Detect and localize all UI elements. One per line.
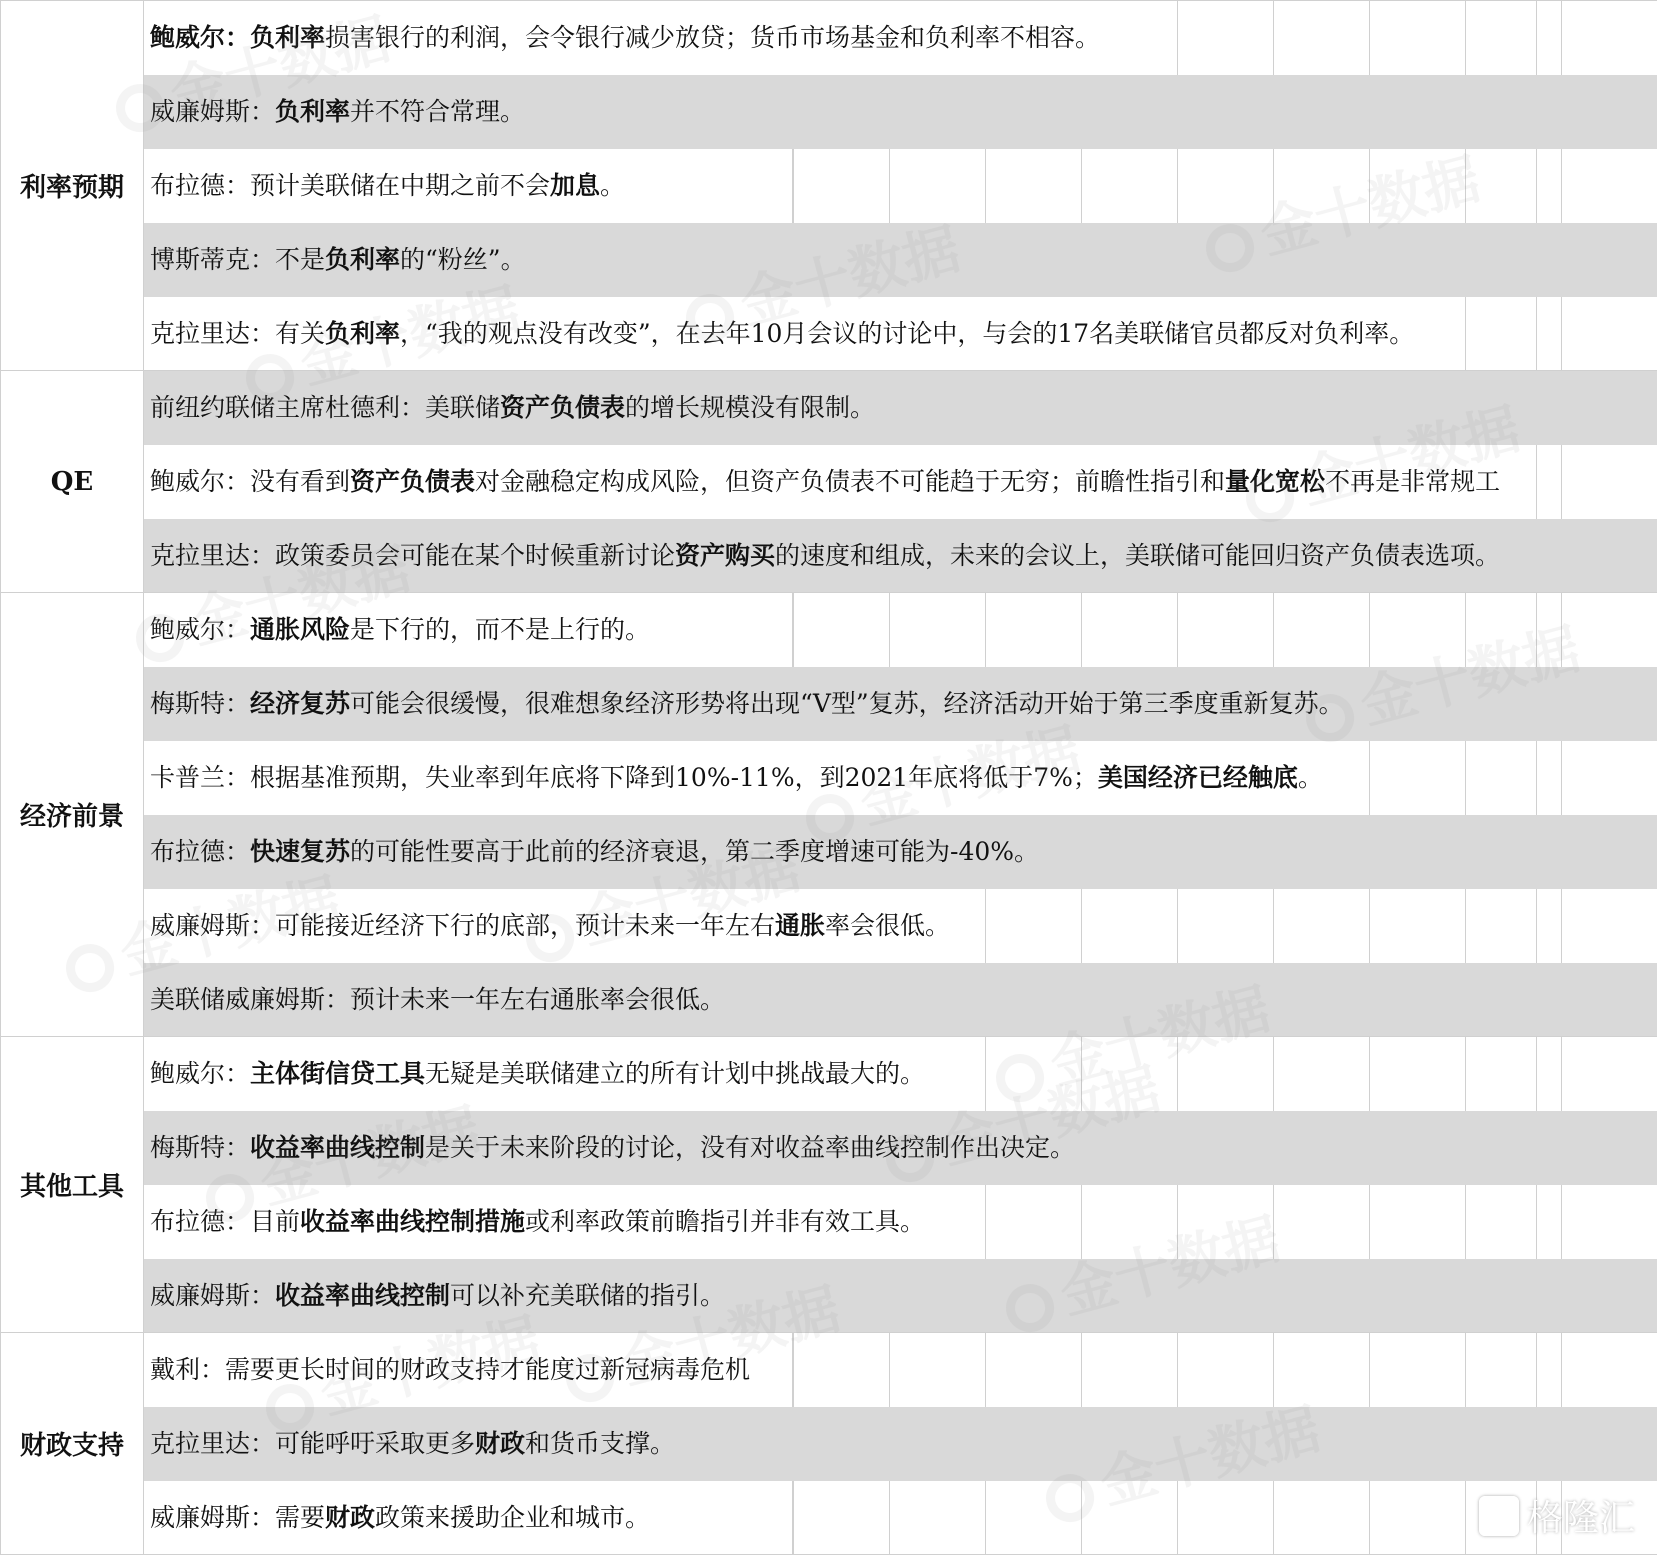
text-segment: 戴利：需要更长时间的财政支持才能度过新冠病毒危机 bbox=[150, 1355, 750, 1384]
grid-line bbox=[889, 149, 890, 223]
text-segment: 鲍威尔：没有看到 bbox=[150, 467, 350, 496]
group-0: 利率预期鲍威尔：负利率损害银行的利润，会令银行减少放贷；货币市场基金和负利率不相… bbox=[1, 1, 1657, 371]
grid-line bbox=[1273, 149, 1274, 223]
text-segment: 政策来援助企业和城市。 bbox=[375, 1503, 650, 1532]
table-row: 克拉里达：可能呼吁采取更多财政和货币支撑。 bbox=[144, 1407, 1657, 1481]
grid-line bbox=[1369, 1333, 1370, 1407]
grid-line bbox=[1177, 1333, 1178, 1407]
row-text: 鲍威尔：通胀风险是下行的，而不是上行的。 bbox=[150, 593, 654, 667]
grid-line bbox=[1561, 741, 1562, 815]
text-segment: 梅斯特： bbox=[150, 1133, 250, 1162]
text-segment: 。 bbox=[600, 171, 625, 200]
table-row: 布拉德：目前收益率曲线控制措施或利率政策前瞻指引并非有效工具。 bbox=[144, 1185, 1657, 1259]
grid-line bbox=[1465, 1333, 1466, 1407]
row-text: 克拉里达：政策委员会可能在某个时候重新讨论资产购买的速度和组成，未来的会议上，美… bbox=[150, 519, 1504, 593]
row-text: 鲍威尔：主体街信贷工具无疑是美联储建立的所有计划中挑战最大的。 bbox=[150, 1037, 929, 1111]
text-segment: 并不符合常理。 bbox=[350, 97, 525, 126]
row-text: 布拉德：目前收益率曲线控制措施或利率政策前瞻指引并非有效工具。 bbox=[150, 1185, 929, 1259]
grid-line bbox=[1273, 1037, 1274, 1111]
grid-line bbox=[1273, 593, 1274, 667]
grid-line bbox=[793, 1333, 794, 1407]
grid-line bbox=[1561, 1, 1562, 75]
table-row: 梅斯特：收益率曲线控制是关于未来阶段的讨论，没有对收益率曲线控制作出决定。 bbox=[144, 1111, 1657, 1185]
text-segment: 卡普兰：根据基准预期，失业率到年底将下降到10%-11%，到2021年底将低于7… bbox=[150, 763, 1098, 792]
table-row: 博斯蒂克：不是负利率的“粉丝”。 bbox=[144, 223, 1657, 297]
grid-line bbox=[1081, 593, 1082, 667]
text-segment: 的速度和组成，未来的会议上，美联储可能回归资产负债表选项。 bbox=[775, 541, 1500, 570]
grid-line bbox=[1081, 149, 1082, 223]
table-row: 威廉姆斯：可能接近经济下行的底部，预计未来一年左右通胀率会很低。 bbox=[144, 889, 1657, 963]
text-segment: 或利率政策前瞻指引并非有效工具。 bbox=[525, 1207, 925, 1236]
grid-line bbox=[1273, 1481, 1274, 1554]
bold-keyword: 收益率曲线控制措施 bbox=[300, 1207, 525, 1236]
grid-line bbox=[1465, 1185, 1466, 1259]
table-row: 美联储威廉姆斯：预计未来一年左右通胀率会很低。 bbox=[144, 963, 1657, 1037]
row-text: 威廉姆斯：需要财政政策来援助企业和城市。 bbox=[150, 1481, 654, 1555]
row-text: 威廉姆斯：收益率曲线控制可以补充美联储的指引。 bbox=[150, 1259, 729, 1333]
group-4: 财政支持戴利：需要更长时间的财政支持才能度过新冠病毒危机克拉里达：可能呼吁采取更… bbox=[1, 1333, 1657, 1555]
table-row: 鲍威尔：通胀风险是下行的，而不是上行的。 bbox=[144, 593, 1657, 667]
grid-line bbox=[1561, 445, 1562, 519]
grid-line bbox=[1369, 1, 1370, 75]
row-text: 布拉德：快速复苏的可能性要高于此前的经济衰退，第二季度增速可能为-40%。 bbox=[150, 815, 1043, 889]
text-segment: 损害银行的利润，会令银行减少放贷；货币市场基金和负利率不相容。 bbox=[325, 23, 1100, 52]
table-row: 威廉姆斯：收益率曲线控制可以补充美联储的指引。 bbox=[144, 1259, 1657, 1333]
bold-keyword: 加息 bbox=[550, 171, 600, 200]
table-row: 鲍威尔：主体街信贷工具无疑是美联储建立的所有计划中挑战最大的。 bbox=[144, 1037, 1657, 1111]
grid-line bbox=[1465, 593, 1466, 667]
grid-line bbox=[889, 1333, 890, 1407]
text-segment: 布拉德： bbox=[150, 837, 250, 866]
row-text: 鲍威尔：负利率损害银行的利润，会令银行减少放贷；货币市场基金和负利率不相容。 bbox=[150, 1, 1104, 75]
grid-line bbox=[1465, 741, 1466, 815]
bold-keyword: 资产负债表 bbox=[350, 467, 475, 496]
grid-line bbox=[1561, 149, 1562, 223]
grid-line bbox=[1561, 1037, 1562, 1111]
grid-line bbox=[1081, 1185, 1082, 1259]
grid-line bbox=[1273, 1, 1274, 75]
text-segment: 的增长规模没有限制。 bbox=[625, 393, 875, 422]
grid-line bbox=[1465, 889, 1466, 963]
text-segment: 鲍威尔： bbox=[150, 1059, 250, 1088]
group-label: 其他工具 bbox=[1, 1037, 144, 1333]
grid-line bbox=[1369, 1481, 1370, 1554]
text-segment: 对金融稳定构成风险，但资产负债表不可能趋于无穷；前瞻性指引和 bbox=[475, 467, 1225, 496]
text-segment: 克拉里达：政策委员会可能在某个时候重新讨论 bbox=[150, 541, 675, 570]
text-segment: 克拉里达：有关 bbox=[150, 319, 325, 348]
bold-keyword: 主体街信贷工具 bbox=[250, 1059, 425, 1088]
grid-line bbox=[985, 1037, 986, 1111]
grid-line bbox=[1177, 1, 1178, 75]
grid-line bbox=[1177, 1037, 1178, 1111]
text-segment: 和货币支撑。 bbox=[525, 1429, 675, 1458]
table-row: 梅斯特：经济复苏可能会很缓慢，很难想象经济形势将出现“V型”复苏，经济活动开始于… bbox=[144, 667, 1657, 741]
group-label: 经济前景 bbox=[1, 593, 144, 1037]
grid-line bbox=[1369, 149, 1370, 223]
bold-keyword: 美国经济已经触底 bbox=[1098, 763, 1298, 792]
bold-keyword: 负利率 bbox=[325, 245, 400, 274]
grid-line bbox=[1369, 593, 1370, 667]
text-segment: 布拉德：目前 bbox=[150, 1207, 300, 1236]
grid-line bbox=[1273, 889, 1274, 963]
grid-line bbox=[1561, 593, 1562, 667]
text-segment: 鲍威尔： bbox=[150, 615, 250, 644]
bold-keyword: 经济复苏 bbox=[250, 689, 350, 718]
grid-line bbox=[1465, 297, 1466, 370]
grid-line bbox=[889, 1481, 890, 1554]
row-text: 卡普兰：根据基准预期，失业率到年底将下降到10%-11%，到2021年底将低于7… bbox=[150, 741, 1327, 815]
grid-line bbox=[985, 593, 986, 667]
group-label: 利率预期 bbox=[1, 1, 144, 371]
grid-line bbox=[793, 149, 794, 223]
grid-line bbox=[985, 149, 986, 223]
table-row: 前纽约联储主席杜德利：美联储资产负债表的增长规模没有限制。 bbox=[144, 371, 1657, 445]
text-segment: 前纽约联储主席杜德利：美联储 bbox=[150, 393, 500, 422]
grid-line bbox=[985, 1481, 986, 1554]
grid-line bbox=[1273, 1333, 1274, 1407]
grid-line bbox=[1561, 297, 1562, 370]
grid-line bbox=[1561, 1185, 1562, 1259]
grid-line bbox=[1465, 1037, 1466, 1111]
row-text: 克拉里达：可能呼吁采取更多财政和货币支撑。 bbox=[150, 1407, 679, 1481]
grid-line bbox=[1177, 889, 1178, 963]
grid-line bbox=[1561, 1333, 1562, 1407]
table-row: 克拉里达：有关负利率，“我的观点没有改变”，在去年10月会议的讨论中，与会的17… bbox=[144, 297, 1657, 371]
text-segment: 是下行的，而不是上行的。 bbox=[350, 615, 650, 644]
text-segment: 美联储威廉姆斯：预计未来一年左右通胀率会很低。 bbox=[150, 985, 725, 1014]
bold-keyword: 资产购买 bbox=[675, 541, 775, 570]
table-row: 布拉德：快速复苏的可能性要高于此前的经济衰退，第二季度增速可能为-40%。 bbox=[144, 815, 1657, 889]
grid-line bbox=[985, 1185, 986, 1259]
row-text: 梅斯特：经济复苏可能会很缓慢，很难想象经济形势将出现“V型”复苏，经济活动开始于… bbox=[150, 667, 1348, 741]
text-segment: 可以补充美联储的指引。 bbox=[450, 1281, 725, 1310]
bold-keyword: 财政 bbox=[325, 1503, 375, 1532]
text-segment: 克拉里达：可能呼吁采取更多 bbox=[150, 1429, 475, 1458]
grid-line bbox=[889, 593, 890, 667]
text-segment: 布拉德：预计美联储在中期之前不会 bbox=[150, 171, 550, 200]
table-row: 鲍威尔：没有看到资产负债表对金融稳定构成风险，但资产负债表不可能趋于无穷；前瞻性… bbox=[144, 445, 1657, 519]
text-segment: 威廉姆斯：可能接近经济下行的底部，预计未来一年左右 bbox=[150, 911, 775, 940]
bold-keyword: 快速复苏 bbox=[250, 837, 350, 866]
bold-keyword: 负利率 bbox=[275, 97, 350, 126]
grid-line bbox=[1369, 741, 1370, 815]
row-text: 博斯蒂克：不是负利率的“粉丝”。 bbox=[150, 223, 530, 297]
grid-line bbox=[1465, 149, 1466, 223]
grid-line bbox=[1369, 1185, 1370, 1259]
text-segment: 可能会很缓慢，很难想象经济形势将出现“V型”复苏，经济活动开始于第三季度重新复苏… bbox=[350, 689, 1344, 718]
bold-keyword: 收益率曲线控制 bbox=[250, 1133, 425, 1162]
row-text: 威廉姆斯：可能接近经济下行的底部，预计未来一年左右通胀率会很低。 bbox=[150, 889, 954, 963]
grid-line bbox=[1465, 1481, 1466, 1554]
grid-line bbox=[1177, 1481, 1178, 1554]
corner-logo: 格隆汇 bbox=[1479, 1490, 1635, 1541]
group-label: QE bbox=[1, 371, 144, 593]
bold-keyword: 通胀 bbox=[775, 911, 825, 940]
grid-line bbox=[1081, 889, 1082, 963]
grid-line bbox=[1081, 1481, 1082, 1554]
grid-line bbox=[1369, 1037, 1370, 1111]
table-row: 威廉姆斯：负利率并不符合常理。 bbox=[144, 75, 1657, 149]
grid-line bbox=[793, 1481, 794, 1554]
bold-keyword: 通胀风险 bbox=[250, 615, 350, 644]
row-text: 布拉德：预计美联储在中期之前不会加息。 bbox=[150, 149, 629, 223]
text-segment: 威廉姆斯： bbox=[150, 97, 275, 126]
row-text: 前纽约联储主席杜德利：美联储资产负债表的增长规模没有限制。 bbox=[150, 371, 879, 445]
group-3: 其他工具鲍威尔：主体街信贷工具无疑是美联储建立的所有计划中挑战最大的。梅斯特：收… bbox=[1, 1037, 1657, 1333]
group-2: 经济前景鲍威尔：通胀风险是下行的，而不是上行的。梅斯特：经济复苏可能会很缓慢，很… bbox=[1, 593, 1657, 1037]
grid-line bbox=[1081, 1037, 1082, 1111]
grid-line bbox=[1177, 593, 1178, 667]
bold-keyword: 收益率曲线控制 bbox=[275, 1281, 450, 1310]
text-segment: ，“我的观点没有改变”，在去年10月会议的讨论中，与会的17名美联储官员都反对负… bbox=[400, 319, 1414, 348]
grid-line bbox=[1273, 1185, 1274, 1259]
row-text: 梅斯特：收益率曲线控制是关于未来阶段的讨论，没有对收益率曲线控制作出决定。 bbox=[150, 1111, 1079, 1185]
grid-line bbox=[1177, 149, 1178, 223]
table-row: 戴利：需要更长时间的财政支持才能度过新冠病毒危机 bbox=[144, 1333, 1657, 1407]
row-text: 戴利：需要更长时间的财政支持才能度过新冠病毒危机 bbox=[150, 1333, 754, 1407]
table-row: 卡普兰：根据基准预期，失业率到年底将下降到10%-11%，到2021年底将低于7… bbox=[144, 741, 1657, 815]
grid-line bbox=[793, 593, 794, 667]
grid-line bbox=[1177, 1185, 1178, 1259]
grid-line bbox=[1561, 889, 1562, 963]
table-row: 克拉里达：政策委员会可能在某个时候重新讨论资产购买的速度和组成，未来的会议上，美… bbox=[144, 519, 1657, 593]
text-segment: 率会很低。 bbox=[825, 911, 950, 940]
text-segment: 博斯蒂克：不是 bbox=[150, 245, 325, 274]
bold-keyword: 负利率 bbox=[325, 319, 400, 348]
group-1: QE前纽约联储主席杜德利：美联储资产负债表的增长规模没有限制。鲍威尔：没有看到资… bbox=[1, 371, 1657, 593]
row-text: 美联储威廉姆斯：预计未来一年左右通胀率会很低。 bbox=[150, 963, 729, 1037]
text-segment: 是关于未来阶段的讨论，没有对收益率曲线控制作出决定。 bbox=[425, 1133, 1075, 1162]
table-row: 威廉姆斯：需要财政政策来援助企业和城市。 bbox=[144, 1481, 1657, 1555]
grid-line bbox=[985, 1333, 986, 1407]
row-text: 鲍威尔：没有看到资产负债表对金融稳定构成风险，但资产负债表不可能趋于无穷；前瞻性… bbox=[150, 445, 1504, 519]
grid-line bbox=[985, 889, 986, 963]
row-text: 克拉里达：有关负利率，“我的观点没有改变”，在去年10月会议的讨论中，与会的17… bbox=[150, 297, 1418, 371]
grid-line bbox=[1465, 1, 1466, 75]
text-segment: 。 bbox=[1298, 763, 1323, 792]
text-segment: 梅斯特： bbox=[150, 689, 250, 718]
bold-keyword: 财政 bbox=[475, 1429, 525, 1458]
table-row: 布拉德：预计美联储在中期之前不会加息。 bbox=[144, 149, 1657, 223]
bold-keyword: 资产负债表 bbox=[500, 393, 625, 422]
row-text: 威廉姆斯：负利率并不符合常理。 bbox=[150, 75, 529, 149]
text-segment: 不再是非常规工 bbox=[1325, 467, 1500, 496]
corner-logo-text: 格隆汇 bbox=[1527, 1490, 1635, 1541]
gelonghui-logo-icon bbox=[1479, 1496, 1519, 1536]
fed-views-table: 利率预期鲍威尔：负利率损害银行的利润，会令银行减少放贷；货币市场基金和负利率不相… bbox=[0, 0, 1657, 1555]
table-row: 鲍威尔：负利率损害银行的利润，会令银行减少放贷；货币市场基金和负利率不相容。 bbox=[144, 1, 1657, 75]
grid-line bbox=[1369, 889, 1370, 963]
text-segment: 威廉姆斯：需要 bbox=[150, 1503, 325, 1532]
group-label: 财政支持 bbox=[1, 1333, 144, 1555]
bold-keyword: 量化宽松 bbox=[1225, 467, 1325, 496]
grid-line bbox=[1081, 1333, 1082, 1407]
text-segment: 的可能性要高于此前的经济衰退，第二季度增速可能为-40%。 bbox=[350, 837, 1039, 866]
text-segment: 威廉姆斯： bbox=[150, 1281, 275, 1310]
text-segment: 无疑是美联储建立的所有计划中挑战最大的。 bbox=[425, 1059, 925, 1088]
text-segment: 的“粉丝”。 bbox=[400, 245, 526, 274]
bold-keyword: 鲍威尔：负利率 bbox=[150, 23, 325, 52]
